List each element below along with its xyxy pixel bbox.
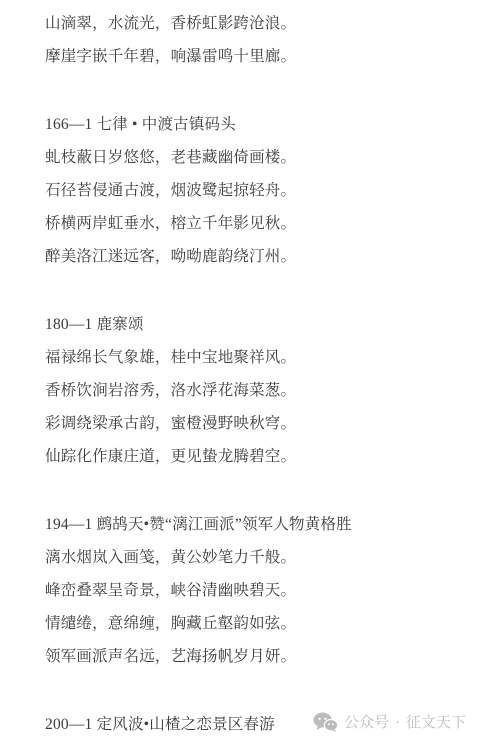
watermark-separator: · <box>395 713 400 730</box>
section-title: 166—1 七律 • 中渡古镇码头 <box>45 108 464 141</box>
poem-line: 仙踪化作康庄道，更见蛰龙腾碧空。 <box>45 440 464 473</box>
poem-section-continuation: 山滴翠，水流光，香桥虹影跨沧浪。 摩崖字嵌千年碧，响瀑雷鸣十里廊。 <box>45 7 464 73</box>
poem-line: 情缱绻，意绵缠，胸藏丘壑韵如弦。 <box>45 607 464 640</box>
document-page: 山滴翠，水流光，香桥虹影跨沧浪。 摩崖字嵌千年碧，响瀑雷鸣十里廊。 166—1 … <box>0 0 478 741</box>
watermark-account: 征文天下 <box>406 711 466 732</box>
poem-section-180: 180—1 鹿寨颂 福禄绵长气象雄，桂中宝地聚祥风。 香桥饮涧岩溶秀，洛水浮花海… <box>45 308 464 473</box>
poem-line: 漓水烟岚入画笺，黄公妙笔力千般。 <box>45 541 464 574</box>
poem-line: 香桥饮涧岩溶秀，洛水浮花海菜葱。 <box>45 374 464 407</box>
poem-section-166: 166—1 七律 • 中渡古镇码头 虬枝蔽日岁悠悠，老巷藏幽倚画楼。 石径苔侵通… <box>45 108 464 273</box>
poem-line: 领军画派声名远，艺海扬帆岁月妍。 <box>45 640 464 673</box>
watermark-label: 公众号 <box>344 711 389 732</box>
poem-line: 福禄绵长气象雄，桂中宝地聚祥风。 <box>45 341 464 374</box>
section-title: 194—1 鹧鸪天•赞“漓江画派”领军人物黄格胜 <box>45 508 464 541</box>
poem-line: 摩崖字嵌千年碧，响瀑雷鸣十里廊。 <box>45 40 464 73</box>
wechat-icon <box>313 712 338 732</box>
poem-line: 山滴翠，水流光，香桥虹影跨沧浪。 <box>45 7 464 40</box>
poem-line: 桥横两岸虹垂水，榕立千年影见秋。 <box>45 207 464 240</box>
poem-line: 石径苔侵通古渡，烟波鹭起掠轻舟。 <box>45 174 464 207</box>
poem-line: 峰峦叠翠呈奇景，峡谷清幽映碧天。 <box>45 574 464 607</box>
poem-line: 彩调绕梁承古韵，蜜橙漫野映秋穹。 <box>45 407 464 440</box>
poem-line: 虬枝蔽日岁悠悠，老巷藏幽倚画楼。 <box>45 141 464 174</box>
watermark: 公众号 · 征文天下 <box>313 711 466 732</box>
section-title: 180—1 鹿寨颂 <box>45 308 464 341</box>
poem-section-194: 194—1 鹧鸪天•赞“漓江画派”领军人物黄格胜 漓水烟岚入画笺，黄公妙笔力千般… <box>45 508 464 673</box>
poem-line: 醉美洛江迷远客，呦呦鹿韵绕汀州。 <box>45 240 464 273</box>
